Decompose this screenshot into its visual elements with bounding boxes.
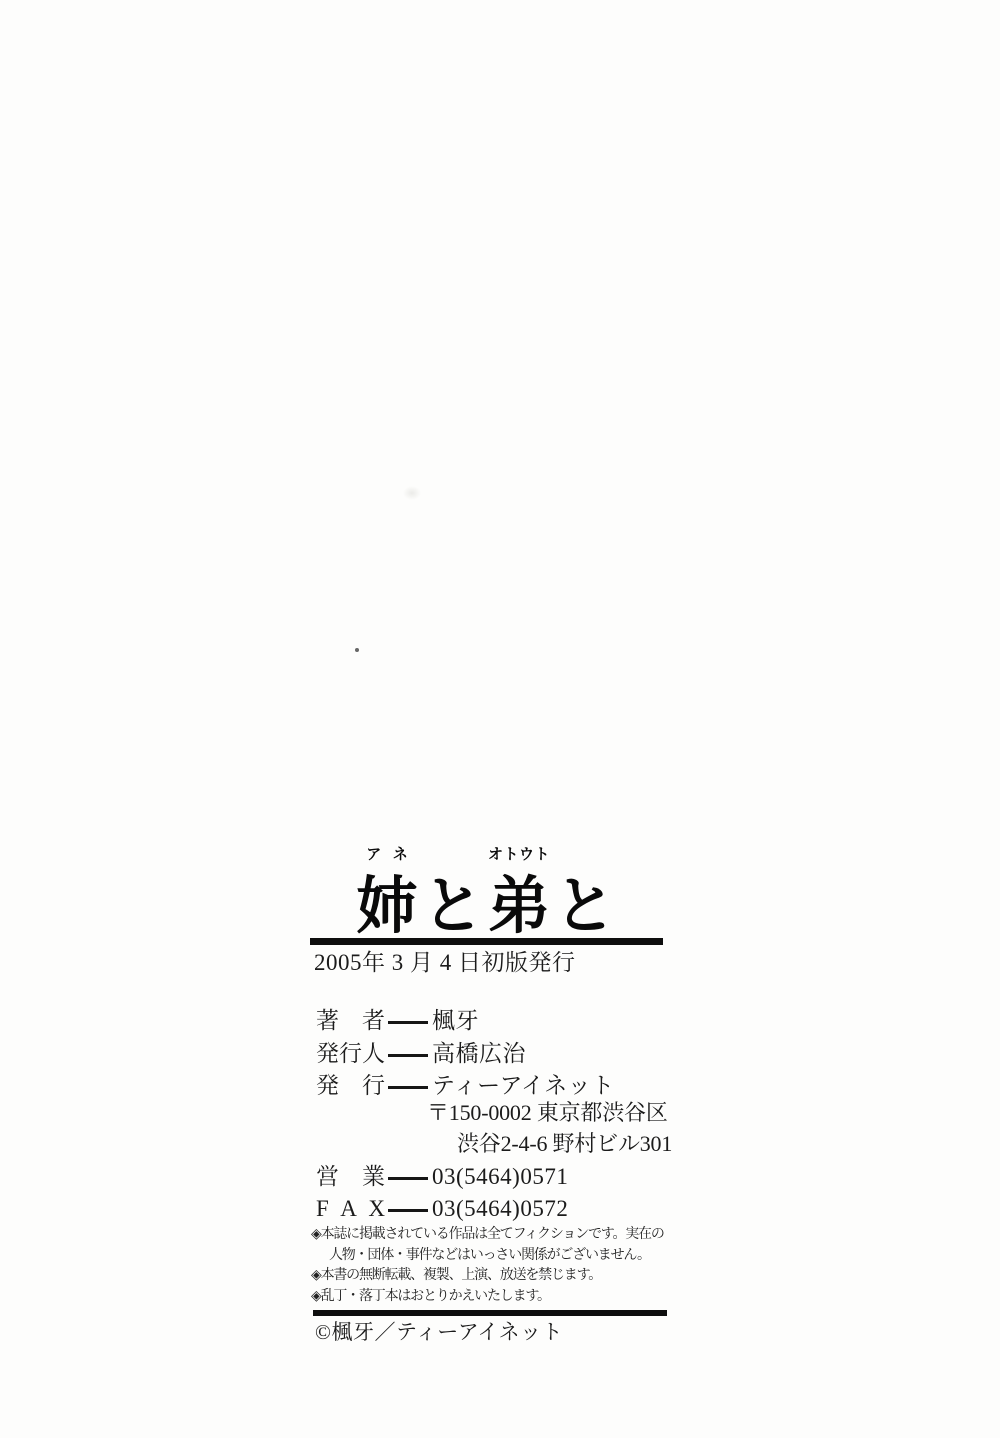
label-value-connector-dash [388,1021,428,1024]
label-value-connector-dash [388,1209,428,1212]
title-kana: と [422,876,484,938]
credit-row-author: 著 者 楓牙 [316,1008,479,1033]
credit-label: 著 者 [316,1008,385,1033]
credit-value: 高橋広治 [432,1041,526,1066]
title-character-group: オトウト 弟 [488,848,550,938]
title-kana: と [554,876,616,938]
publisher-address-line1: 〒150-0002 東京都渋谷区 [427,1101,668,1125]
credit-label: 発行人 [316,1041,385,1066]
contact-fax-number: 03(5464)0572 [432,1196,568,1221]
contact-label: F A X [316,1196,385,1221]
credit-value: 楓牙 [432,1008,479,1033]
notice-fiction-disclaimer-line2: 人物・団体・事件などはいっさい関係がございません。 [329,1249,650,1263]
notice-no-reproduction: ◈本書の無断転載、複製、上演、放送を禁じます。 [311,1269,601,1283]
credit-row-publisher-person: 発行人 高橋広治 [316,1041,526,1066]
publisher-address-line2: 渋谷2-4-6 野村ビル301 [457,1132,672,1156]
contact-label: 営 業 [316,1164,385,1189]
copyright-line: ©楓牙／ティーアイネット [315,1322,563,1343]
scan-smudge [403,486,421,500]
title-character-group: アネ 姉 [356,848,418,938]
title-kanji: 弟 [488,876,550,938]
credit-label: 発 行 [316,1073,385,1098]
title-character-group: と [422,848,484,938]
title-underline [310,938,663,945]
credit-row-publisher-company: 発 行 ティーアイネット [316,1073,615,1098]
book-title: アネ 姉 と オトウト 弟 と [356,848,620,938]
contact-row-fax: F A X 03(5464)0572 [316,1196,568,1221]
contact-row-sales: 営 業 03(5464)0571 [316,1164,568,1189]
colophon-page: アネ 姉 と オトウト 弟 と 2005年 3 月 4 日初版発行 著 者 楓牙… [0,0,1000,1438]
label-value-connector-dash [388,1086,428,1089]
credit-value: ティーアイネット [432,1073,615,1098]
title-kanji: 姉 [356,876,418,938]
title-character-group: と [554,848,616,938]
furigana-otouto: オトウト [488,848,550,863]
label-value-connector-dash [388,1054,428,1057]
notice-fiction-disclaimer-line1: ◈本誌に掲載されている作品は全てフィクションです。実在の [311,1228,664,1242]
contact-phone: 03(5464)0571 [432,1164,568,1189]
furigana-ane: アネ [366,848,419,863]
footer-rule [313,1310,667,1316]
label-value-connector-dash [388,1177,428,1180]
notice-defective-copy-exchange: ◈乱丁・落丁本はおとりかえいたします。 [311,1290,550,1304]
edition-date-line: 2005年 3 月 4 日初版発行 [314,950,576,975]
scan-speck [355,648,359,652]
